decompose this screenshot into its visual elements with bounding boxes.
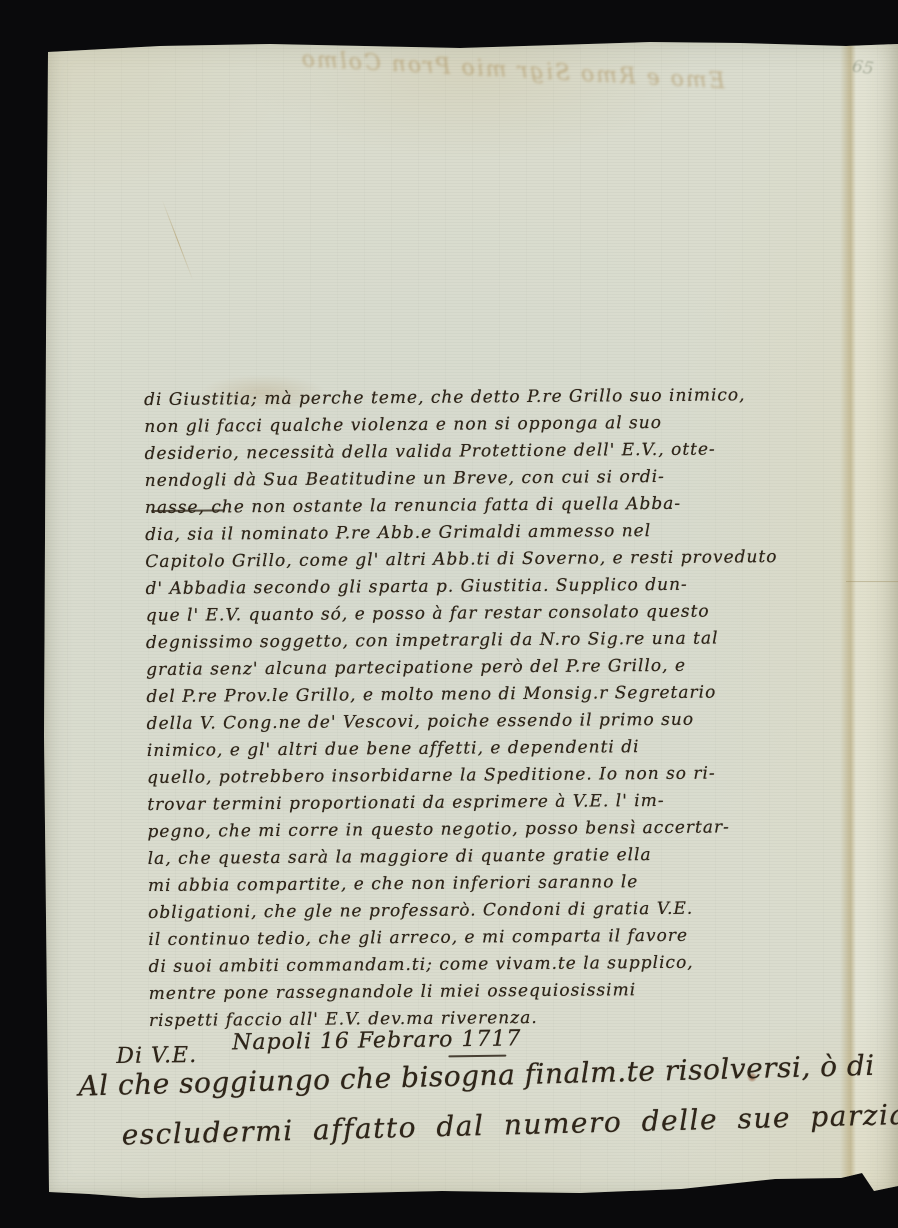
ink-bleedthrough-text: Emo e Rmo Sigr mio Pron Colmo (295, 47, 726, 94)
manuscript-page: Emo e Rmo Sigr mio Pron Colmo 65 di Gius… (40, 36, 898, 1206)
paper-scratch-mark (162, 200, 194, 281)
letter-body-line: di Giustitia; mà perche teme, che detto … (144, 382, 776, 414)
letter-body-line: della V. Cong.ne de' Vescovi, poiche ess… (147, 706, 779, 738)
letter-body-line: desiderio, necessità della valida Protet… (144, 436, 776, 468)
letter-body-line: pegno, che mi corre in questo negotio, p… (147, 814, 779, 846)
photograph-background: { "colors": { "background": "#0a0a0c", "… (0, 0, 898, 1228)
letter-body-line: quello, potrebbero insorbidarne la Spedi… (147, 760, 779, 792)
fold-crease (846, 581, 898, 582)
closing-salutation: Di V.E. (116, 1043, 197, 1069)
letter-body: di Giustitia; mà perche teme, che detto … (144, 382, 781, 1035)
folio-number-mark: 65 (851, 57, 875, 80)
place-date-line: Napoli 16 Febraro 1717 (232, 1026, 522, 1055)
letter-body-line: di suoi ambiti commandam.ti; come vivam.… (148, 949, 780, 981)
postscript-line: escludermi affatto dal numero delle sue … (121, 1096, 898, 1151)
year-underline (448, 1055, 506, 1058)
